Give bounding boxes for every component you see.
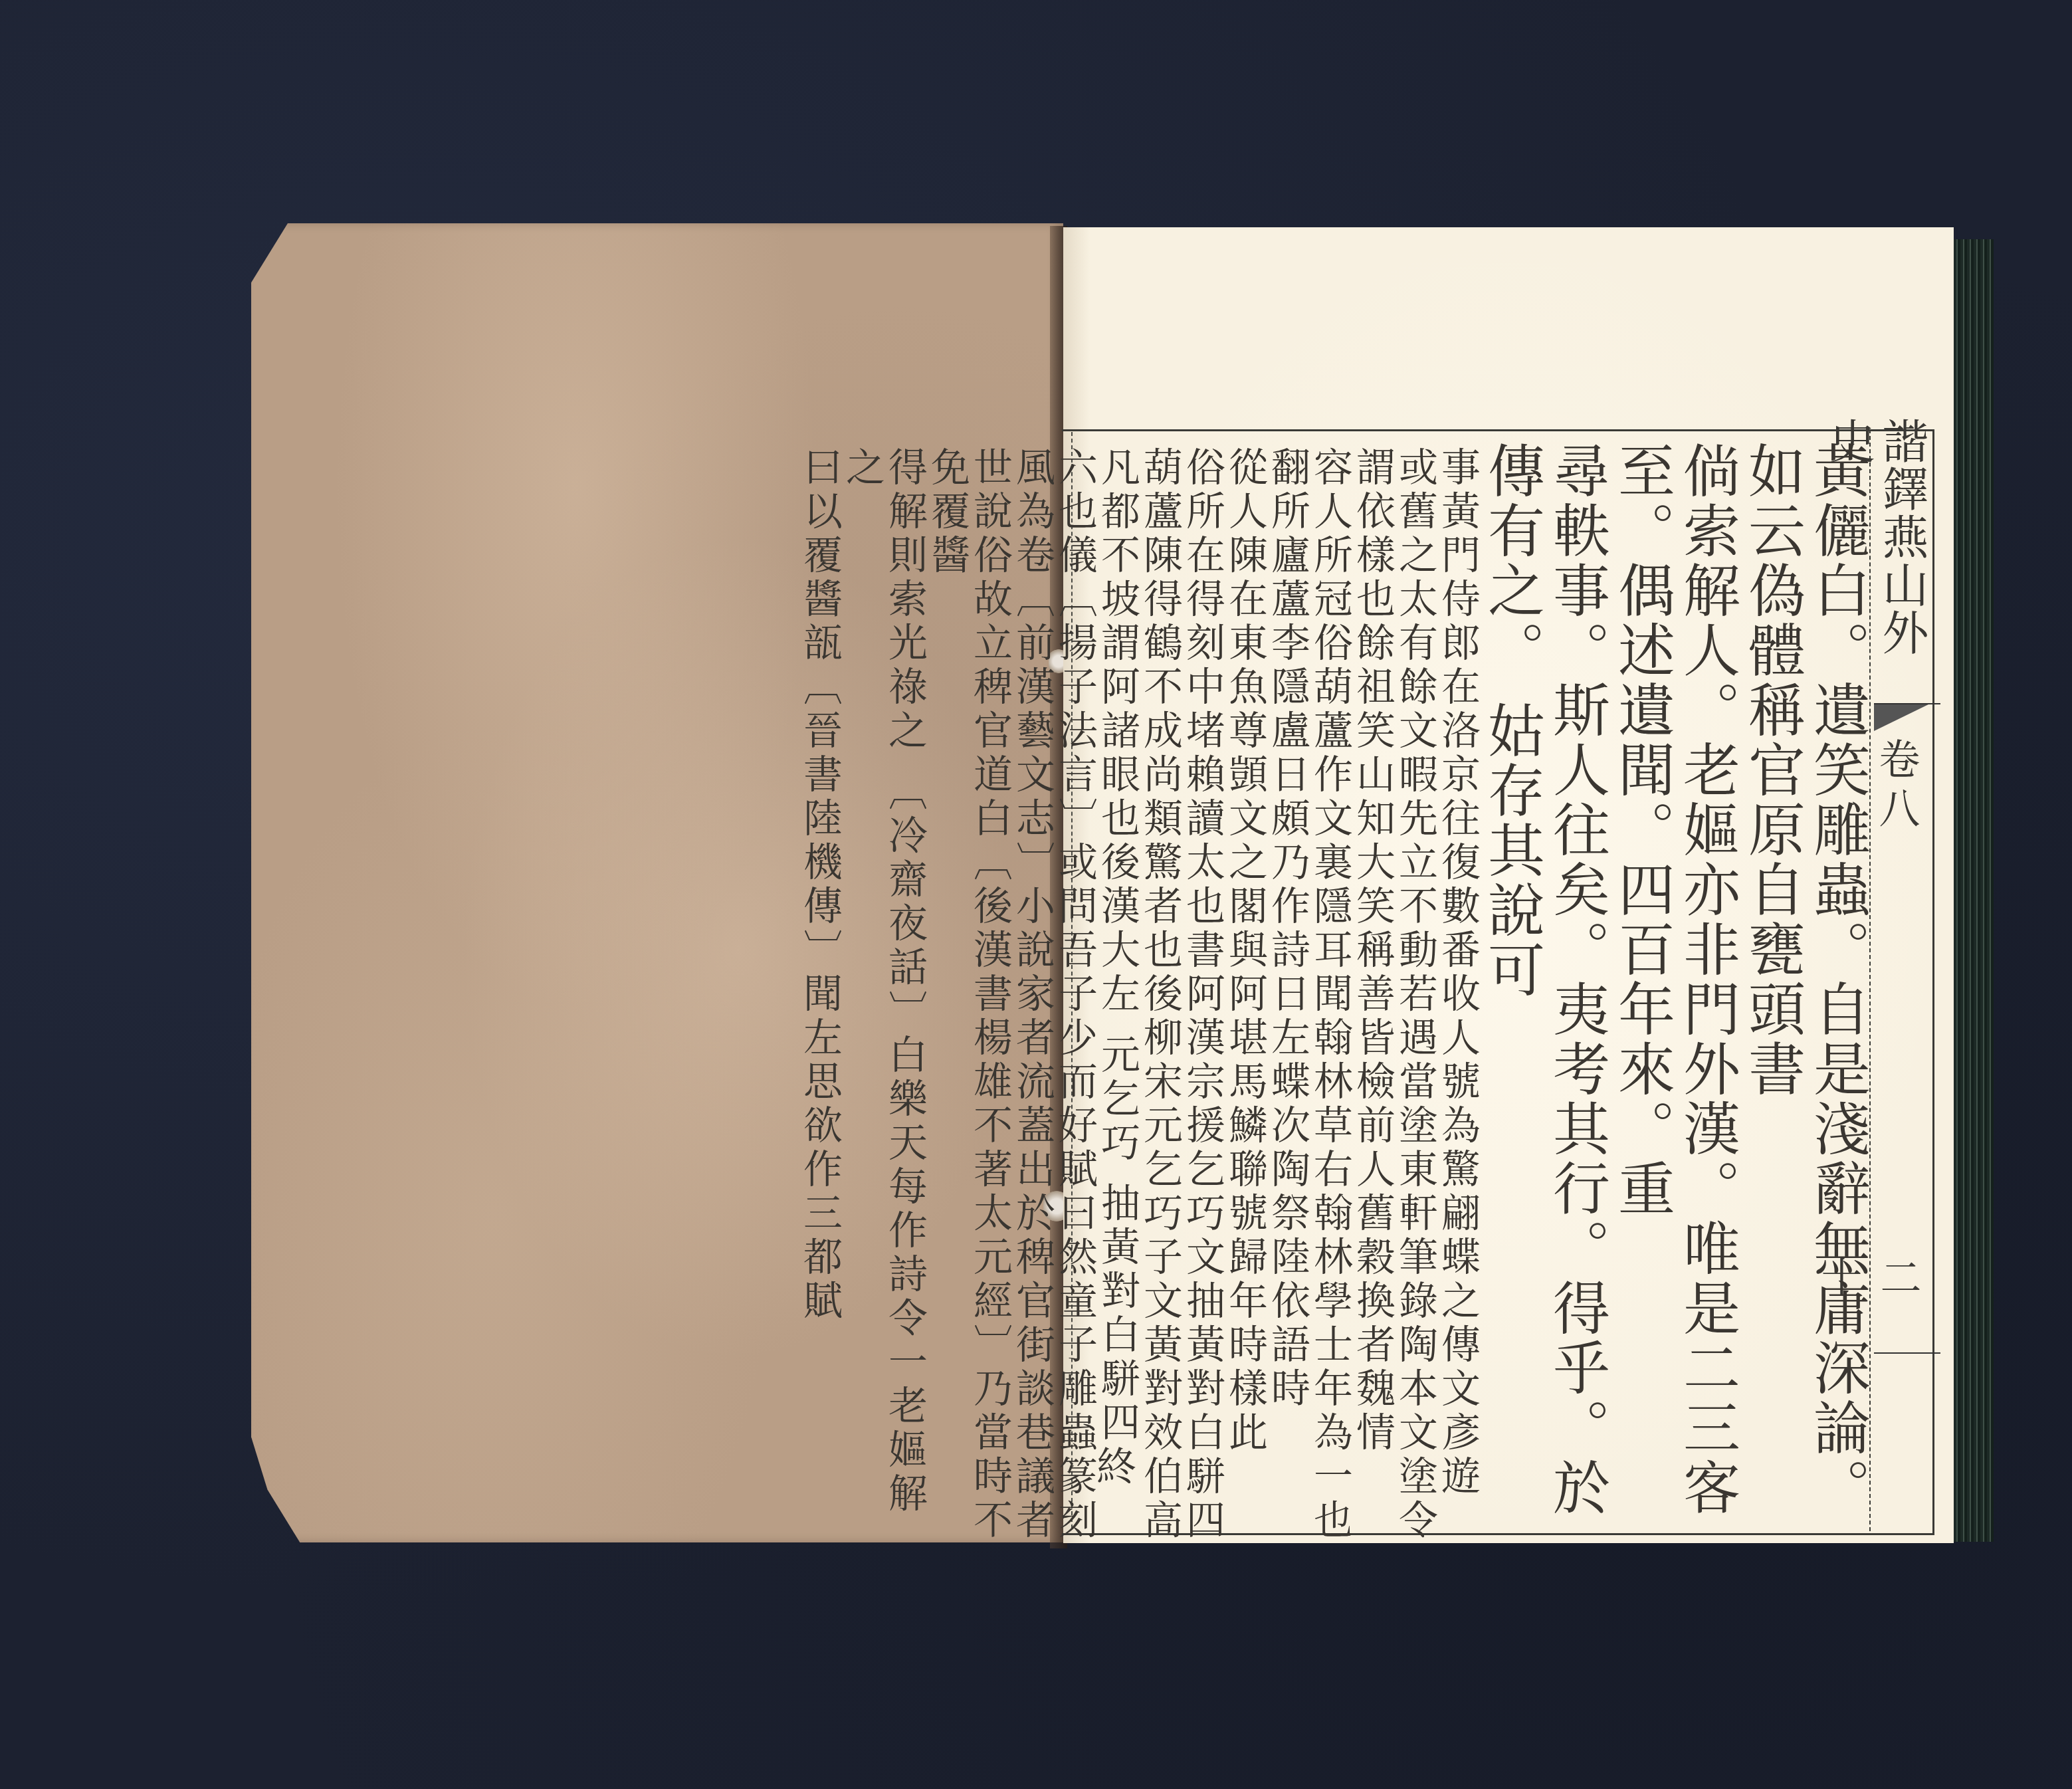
centerfold-bottom-rule [1874, 1352, 1940, 1354]
annotation-column: 容人所冠俗葫蘆作文裏隱耳聞翰林草右翰林學士年為一也 [1308, 432, 1351, 1543]
margin-page-number: 二十 [1881, 1256, 1927, 1342]
text-column: 倘索解人。老嫗亦非門外漢。唯是二三客至。偶述遺聞。四百年來。重 [1609, 432, 1739, 1538]
fishtail-mark-icon [1874, 704, 1928, 731]
annotation-column: 六也儀〔揚子法言〕或問吾子少而好賦曰然童子雕蟲篆刻 [1053, 432, 1096, 1543]
annotation-column: 世說俗故立稗官道白〔後漢書楊雄不著太元經〕乃當時不免覆醬 [926, 432, 1011, 1543]
annotation-column: 風為卷〔前漢藝文志〕小說家者流蓋出於稗官街談巷議者 [1011, 432, 1053, 1543]
text-column: 黃儷白。遺笑雕蟲。自是淺辭無庸深論。如云偽體稱官原自甕頭書 [1739, 432, 1869, 1538]
annotation-column: 事黃門侍郎在洛京往復數番收人號為驚翩蝶之傳文彥遊 [1436, 432, 1479, 1543]
margin-volume: 卷八 [1879, 738, 1926, 891]
annotation-column: 得解則索光祿之 〔冷齋夜話〕白樂天每作詩令一老嫗解之 [841, 432, 926, 1543]
annotation-column: 或舊之太有餘文暇先立不動若遇當塗東軒筆錄陶本文塗令 [1394, 432, 1436, 1543]
end-mark: 終 [1096, 1435, 1136, 1493]
annotation-column: 曰以覆醬瓿〔晉書陸機傳〕聞左思欲作三都賦 [798, 432, 841, 1543]
text-columns: 黃儷白。遺笑雕蟲。自是淺辭無庸深論。如云偽體稱官原自甕頭書 倘索解人。老嫗亦非門… [1075, 432, 1869, 1528]
annotation-column: 俗所在得刻中堵賴讀太也書阿漢宗援乞巧文抽黃對白駢四 [1181, 432, 1223, 1543]
annotation-column: 謂依樣也餘祖笑山知大笑稱善皆檢前人舊穀換者魏情 [1351, 432, 1394, 1543]
annotation-column: 凡都不坡謂阿諸眼也後漢大左 元乞巧 抽黃對白駢四 [1096, 432, 1138, 1543]
annotation-column: 葫蘆陳得鶴不成尚類驚者也後柳宋元乞巧子文黃對效伯高 [1138, 432, 1181, 1543]
margin-book-title: 諧鐸燕山外史 [1875, 417, 1928, 696]
annotation-column: 從人陳在東魚尊顗文之閣與阿堪馬鱗聯號歸年時樣此 [1223, 432, 1266, 1543]
annotation-column: 翻所廬蘆李隱盧日頗乃作詩日左蝶次陶祭陸依語時 [1266, 432, 1308, 1543]
page-stack-edges [1954, 239, 1994, 1542]
text-column: 尋軼事。斯人往矣。夷考其行。得乎。於傳有之。 姑存其說可 [1479, 432, 1609, 1538]
